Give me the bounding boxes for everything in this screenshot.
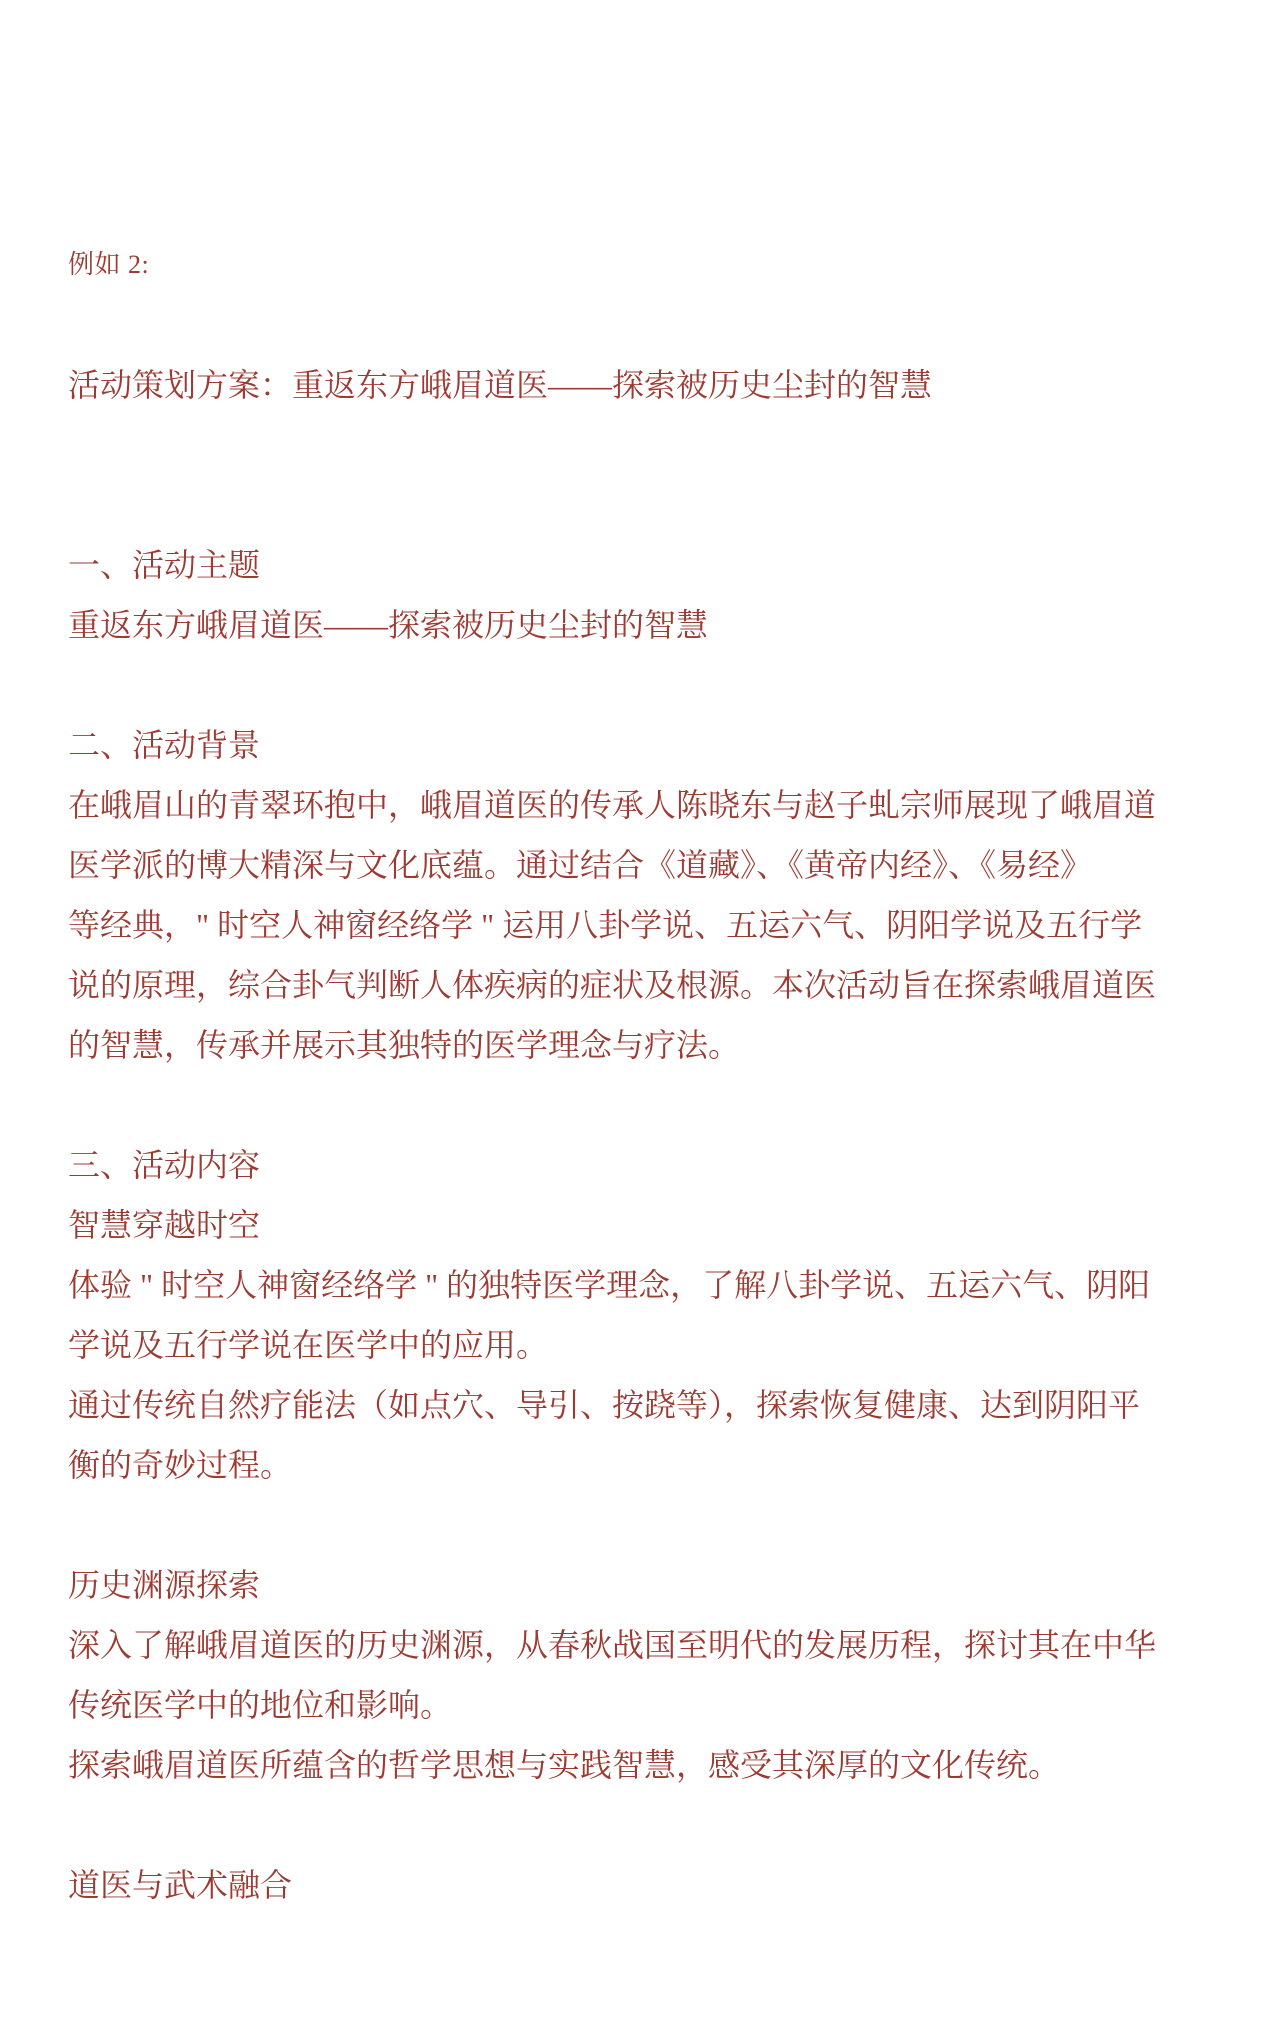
body-line: 重返东方峨眉道医——探索被历史尘封的智慧	[68, 595, 1215, 655]
body-line: 医学派的博大精深与文化底蕴。通过结合《道藏》、《黄帝内经》、《易经》	[68, 835, 1215, 895]
subsection-title-martial: 道医与武术融合	[68, 1855, 1215, 1915]
body-line: 在峨眉山的青翠环抱中，峨眉道医的传承人陈晓东与赵子虬宗师展现了峨眉道	[68, 775, 1215, 835]
section-heading-theme: 一、活动主题	[68, 535, 1215, 595]
document-page: 例如 2: 活动策划方案：重返东方峨眉道医——探索被历史尘封的智慧 一、活动主题…	[0, 0, 1285, 2018]
body-line: 的智慧，传承并展示其独特的医学理念与疗法。	[68, 1015, 1215, 1075]
plan-title: 活动策划方案：重返东方峨眉道医——探索被历史尘封的智慧	[68, 355, 1215, 415]
body-line: 等经典，" 时空人神窗经络学 " 运用八卦学说、五运六气、阴阳学说及五行学	[68, 895, 1215, 955]
body-line: 深入了解峨眉道医的历史渊源，从春秋战国至明代的发展历程，探讨其在中华	[68, 1615, 1215, 1675]
subsection-title-history: 历史渊源探索	[68, 1555, 1215, 1615]
body-line: 衡的奇妙过程。	[68, 1435, 1215, 1495]
subsection-title-wisdom: 智慧穿越时空	[68, 1195, 1215, 1255]
body-line: 通过传统自然疗能法（如点穴、导引、按跷等），探索恢复健康、达到阴阳平	[68, 1375, 1215, 1435]
body-line: 说的原理，综合卦气判断人体疾病的症状及根源。本次活动旨在探索峨眉道医	[68, 955, 1215, 1015]
section-heading-background: 二、活动背景	[68, 715, 1215, 775]
example-label: 例如 2:	[68, 235, 1215, 295]
body-line: 学说及五行学说在医学中的应用。	[68, 1315, 1215, 1375]
body-line: 传统医学中的地位和影响。	[68, 1675, 1215, 1735]
body-line: 探索峨眉道医所蕴含的哲学思想与实践智慧，感受其深厚的文化传统。	[68, 1735, 1215, 1795]
section-heading-content: 三、活动内容	[68, 1135, 1215, 1195]
body-line: 体验 " 时空人神窗经络学 " 的独特医学理念，了解八卦学说、五运六气、阴阳	[68, 1255, 1215, 1315]
